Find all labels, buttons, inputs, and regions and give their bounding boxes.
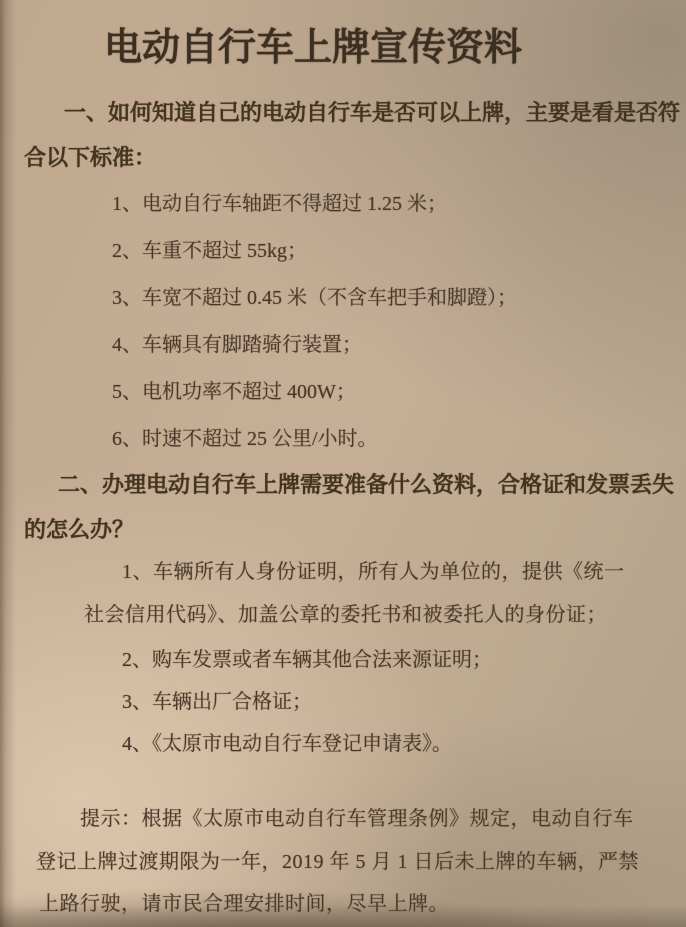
section1-list-item-2: 2、车重不超过 55kg； [112,239,307,263]
section1-list-item-4: 4、车辆具有脚踏骑行装置； [112,333,362,357]
section1-list-item-5: 5、电机功率不超过 400W； [112,380,356,404]
section2-heading-line2: 的怎么办？ [24,517,134,543]
note-line1: 提示：根据《太原市电动自行车管理条例》规定，电动自行车 [80,807,634,831]
section1-list-item-1: 1、电动自行车轴距不得超过 1.25 米； [112,192,447,216]
document-page: 电动自行车上牌宣传资料 一、如何知道自己的电动自行车是否可以上牌，主要是看是否符… [0,0,686,927]
document-title: 电动自行车上牌宣传资料 [104,26,522,72]
section1-heading-line1: 一、如何知道自己的电动自行车是否可以上牌，主要是看是否符 [64,100,680,126]
note-line3: 上路行驶，请市民合理安排时间，尽早上牌。 [39,892,449,916]
section1-list-item-6: 6、时速不超过 25 公里/小时。 [112,427,378,451]
section1-heading-line2: 合以下标准： [24,145,156,171]
section2-list-item-3: 3、车辆出厂合格证； [122,690,312,714]
section2-list-item-4: 4、《太原市电动自行车登记申请表》。 [122,732,452,756]
section1-list-item-3: 3、车宽不超过 0.45 米（不含车把手和脚蹬）； [112,286,517,310]
section2-list-item-2: 2、购车发票或者车辆其他合法来源证明； [122,648,492,672]
note-line2: 登记上牌过渡期限为一年，2019 年 5 月 1 日后未上牌的车辆，严禁 [36,850,639,874]
section2-list-item-1-line2: 社会信用代码》、加盖公章的委托书和被委托人的身份证； [84,603,607,627]
section2-list-item-1-line1: 1、车辆所有人身份证明，所有人为单位的，提供《统一 [122,560,625,584]
section2-heading-line1: 二、办理电动自行车上牌需要准备什么资料，合格证和发票丢失 [58,472,674,498]
